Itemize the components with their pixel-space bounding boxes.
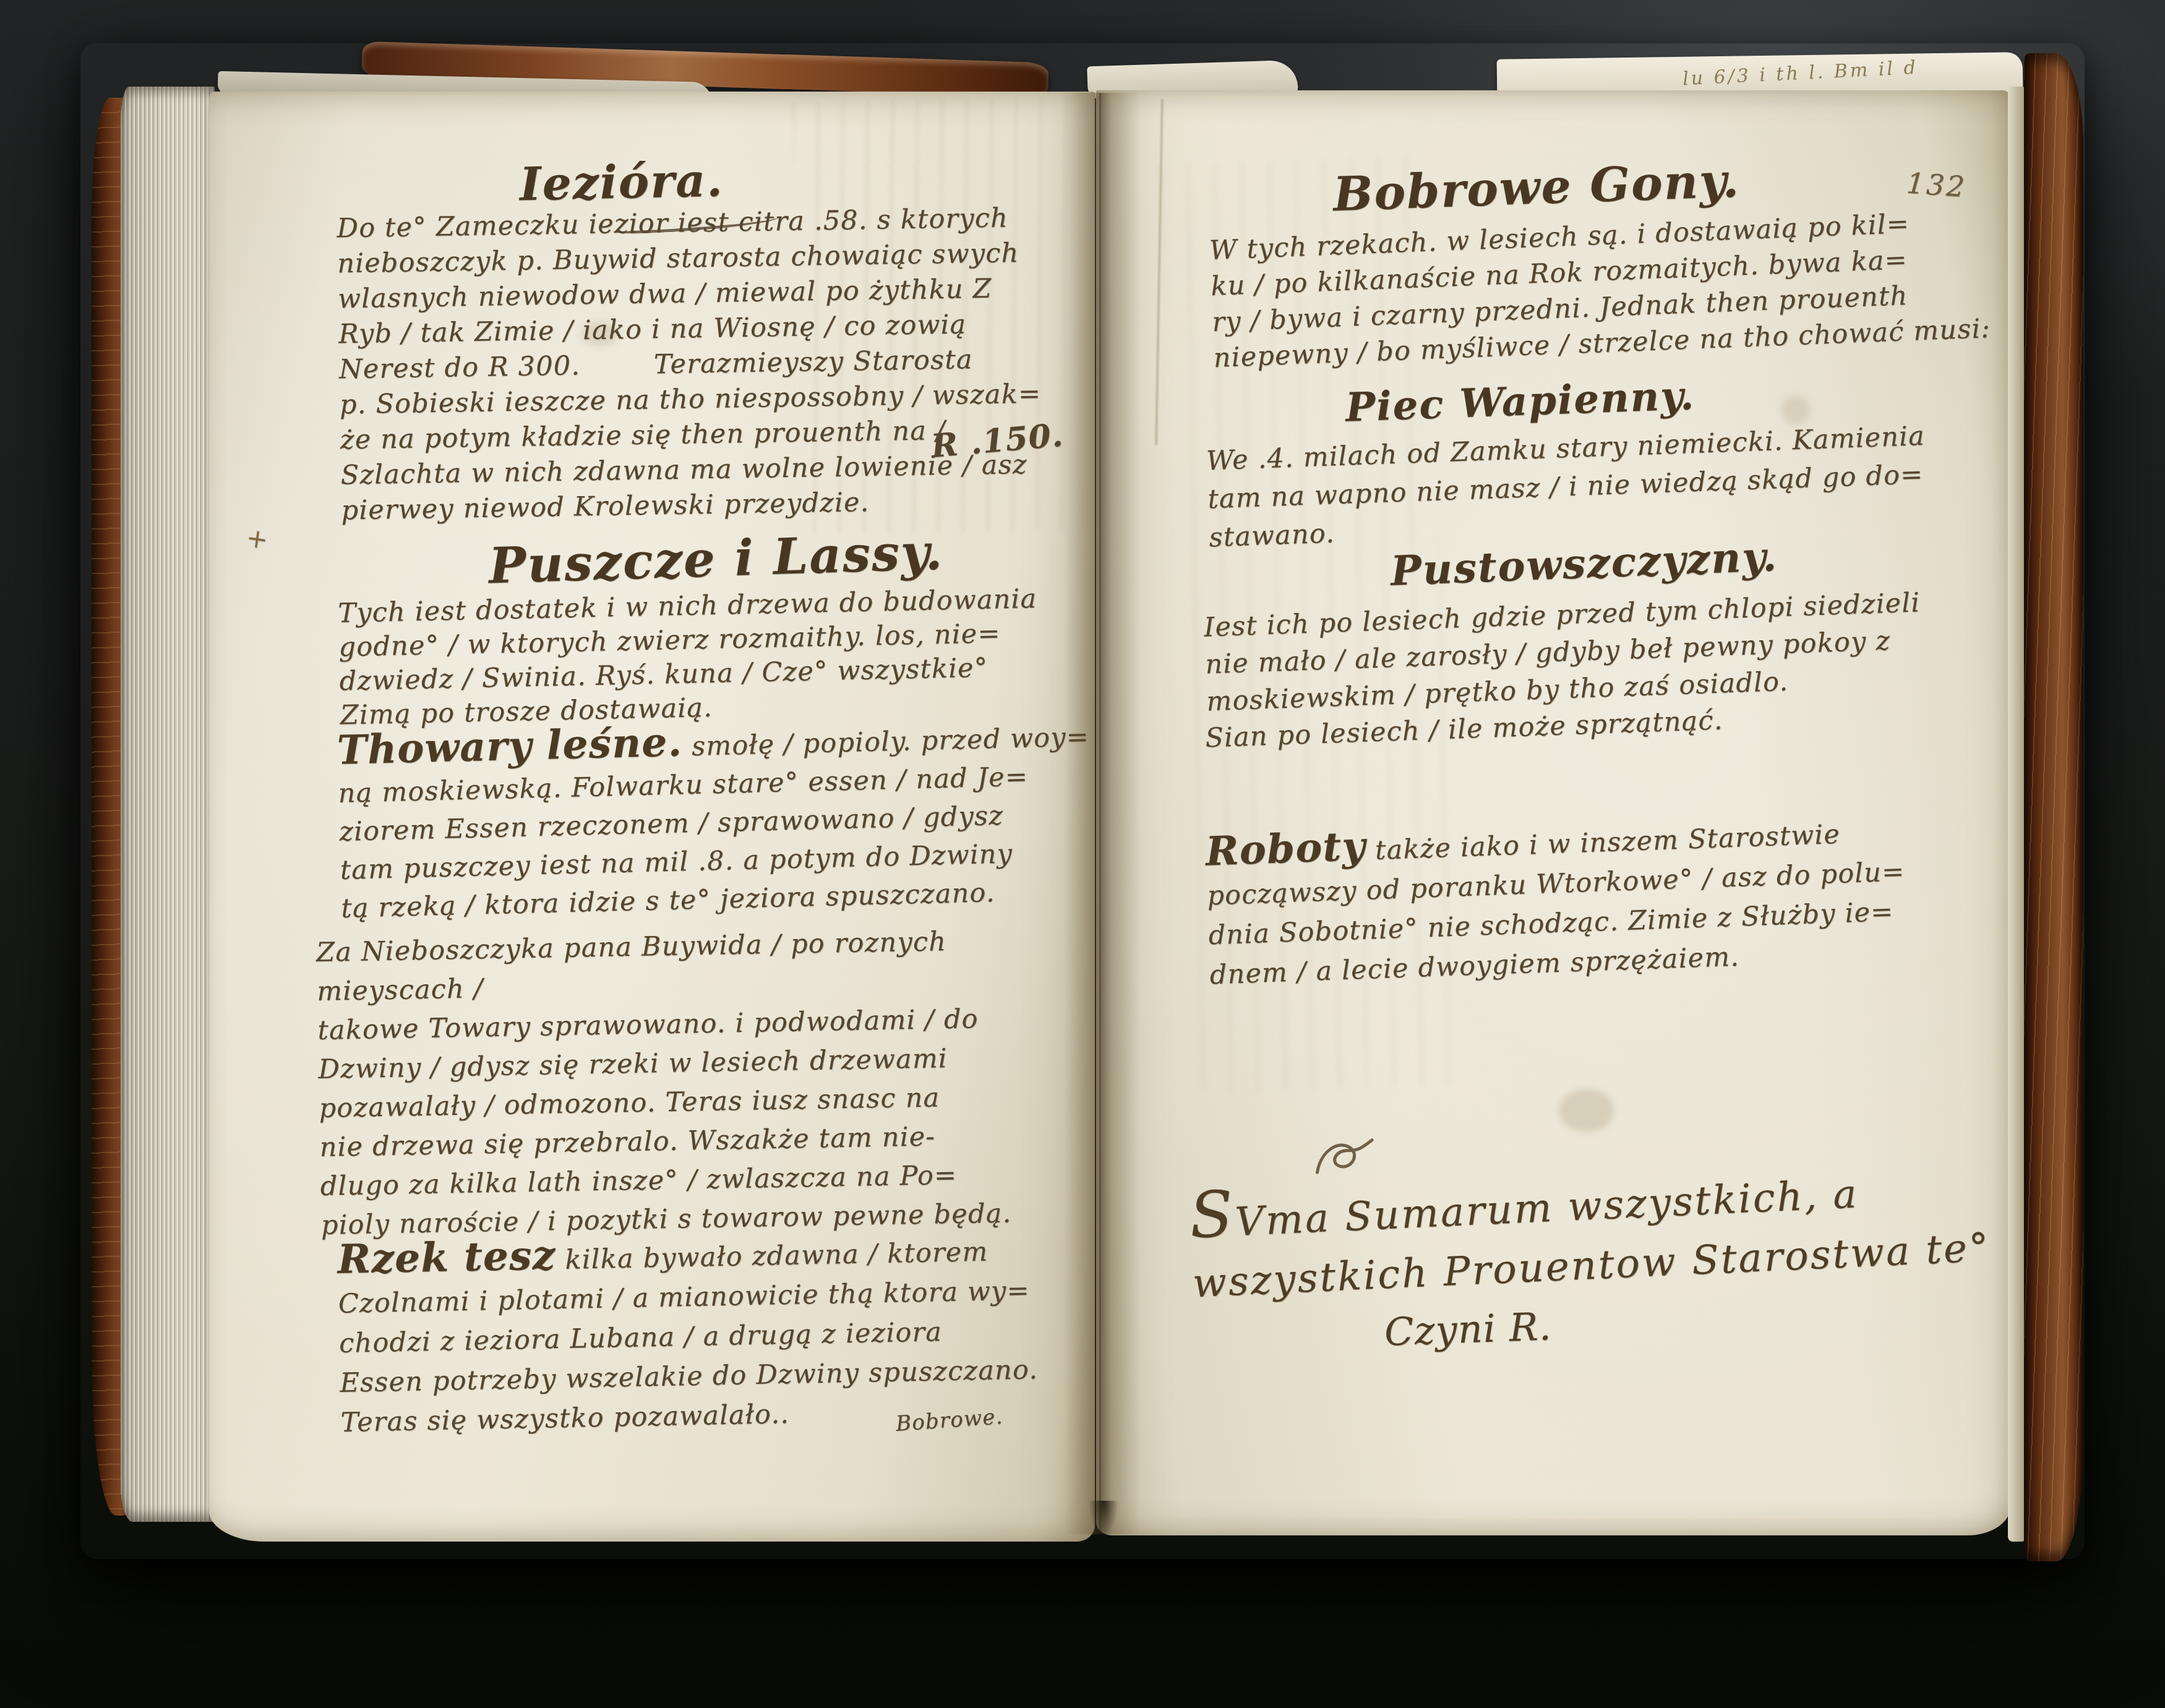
paper-stain (1781, 396, 1810, 424)
gutter-bottom-fold (1089, 1501, 1118, 1538)
page-number: 132 (1905, 166, 1967, 204)
summary-amount: Czyni R. (1384, 1303, 1553, 1354)
pen-flourish-icon (1310, 1133, 1381, 1183)
paragraph-forests: Tych iest dostatek i w nich drzewa do bu… (338, 581, 1086, 732)
fore-edge-page-stack (121, 87, 215, 1522)
paragraph-timber-transport: Za Nieboszczyka pana Buywida / po roznyc… (316, 920, 1098, 1245)
paragraph-labors: Roboty także iako i w inszem Starostwie … (1205, 804, 2011, 995)
leather-cover-right-edge (2024, 53, 2083, 1561)
paragraph-lead-forest-goods: Thowary leśne. (337, 718, 683, 774)
paragraph-beaver-runs: W tych rzekach. w lesiech są. i dostawai… (1209, 203, 1996, 376)
paragraph-lakes: Do te° Zameczku iezior iest citra .58. s… (337, 200, 1087, 529)
paper-stain (1559, 1089, 1614, 1132)
faint-edge-inscription: lu 6/3 i th l. Bm il d (1682, 57, 1918, 90)
section-heading-lakes: Iezióra. (519, 154, 724, 212)
paragraph-lead-rivers: Rzek tesz (337, 1232, 556, 1283)
paragraph-forest-goods: Thowary leśne. smołę / popioly. przed wo… (337, 712, 1099, 928)
margin-cross-mark: + (244, 522, 271, 556)
paragraph-lead-labors: Roboty (1205, 823, 1367, 875)
manuscript-photo: { "photo": { "background_color": "#1d1f1… (0, 0, 2165, 1708)
